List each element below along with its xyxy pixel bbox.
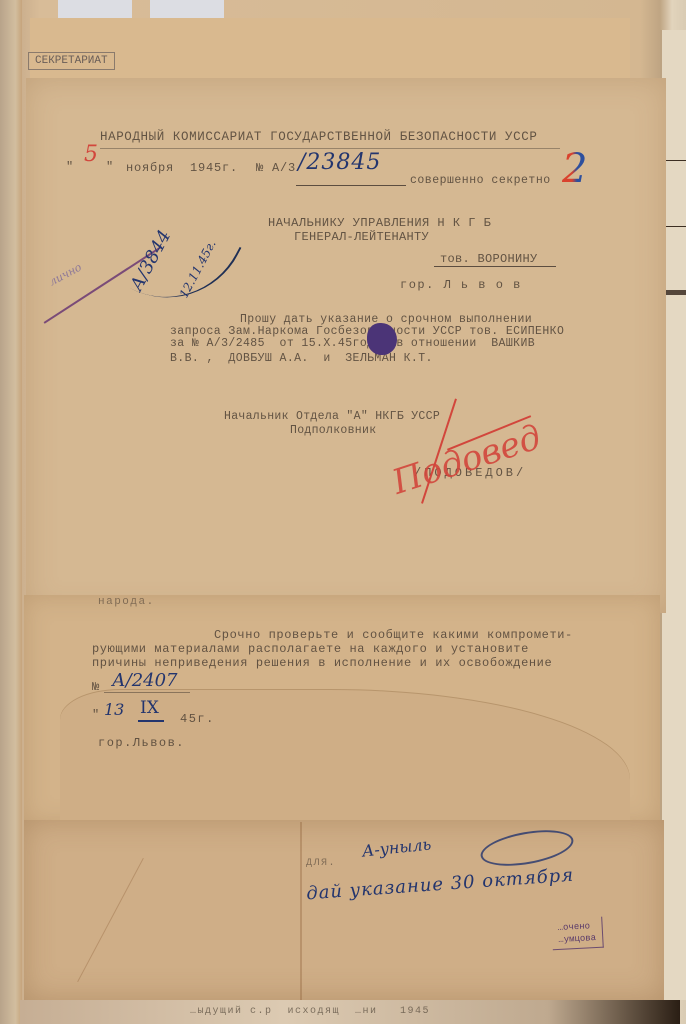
body-line3: за № А/3/2485 от 15.X.45года в отношении… — [170, 337, 535, 350]
date-day-handwritten: 5 — [84, 142, 98, 167]
paper-crease — [300, 822, 302, 1002]
copy-number-handwritten: 2 — [562, 146, 587, 192]
request-line3: причины неприведения решения в исполнени… — [92, 656, 552, 670]
document-number-prefix: № А/3 — [256, 161, 296, 175]
request-date-year: 45г. — [180, 712, 215, 726]
document-number-handwritten: /23845 — [298, 150, 381, 175]
ink-blot — [367, 323, 397, 355]
request-number-handwritten: А/2407 — [112, 670, 178, 691]
date-month-year: ноября 1945г. — [126, 161, 238, 175]
side-mark — [666, 290, 686, 295]
bottom-strip-text: …ыдущий с.р исходящ …ни 1945 — [190, 1006, 430, 1017]
folder-spine — [0, 0, 22, 1024]
stamp-line2: …умцова — [558, 932, 596, 946]
request-line1: Срочно проверьте и сообщите какими компр… — [214, 628, 573, 642]
date-quote-open: " — [66, 160, 75, 174]
organization-header: НАРОДНЫЙ КОМИССАРИАТ ГОСУДАРСТВЕННОЙ БЕЗ… — [100, 130, 537, 144]
signatory-title: Начальник Отдела "А" НКГБ УССР — [224, 410, 440, 423]
received-stamp: …очено …умцова — [551, 917, 603, 951]
date-quote-close: " — [106, 160, 115, 174]
addressee-city: гор. Л ь в о в — [400, 278, 522, 292]
body-line4: В.В. , ДОВБУШ А.А. и ЗЕЛЬМАН К.Т. — [170, 352, 433, 365]
signatory-rank: Подполковник — [290, 424, 376, 437]
side-rule — [666, 226, 686, 227]
addressee-line1: НАЧАЛЬНИКУ УПРАВЛЕНИЯ Н К Г Б — [268, 216, 491, 230]
resolution-label-fragment: ДЛЯ. — [306, 858, 336, 869]
header-rule — [100, 148, 560, 149]
side-rule — [666, 160, 686, 161]
classification-label: совершенно секретно — [410, 174, 551, 187]
request-date-month: IX — [140, 698, 159, 718]
request-number-prefix: № — [92, 680, 101, 694]
number-underline — [296, 185, 406, 186]
addressee-line2: ГЕНЕРАЛ-ЛЕЙТЕНАНТУ — [294, 230, 429, 244]
request-number-underline — [104, 692, 190, 693]
addressee-line3: тов. ВОРОНИНУ — [440, 252, 538, 266]
request-line2: рующими материалами располагаете на кажд… — [92, 642, 529, 656]
request-city: гор.Львов. — [98, 736, 185, 750]
addressee-underline — [434, 266, 556, 267]
paper-tab-left — [58, 0, 132, 20]
request-fragment: народа. — [98, 596, 155, 608]
paper-tab-right — [150, 0, 224, 20]
request-date-quote: " — [92, 708, 101, 722]
secretariat-stamp: СЕКРЕТАРИАТ — [28, 52, 115, 70]
request-date-day: 13 — [104, 700, 124, 719]
request-month-underline — [138, 720, 164, 722]
